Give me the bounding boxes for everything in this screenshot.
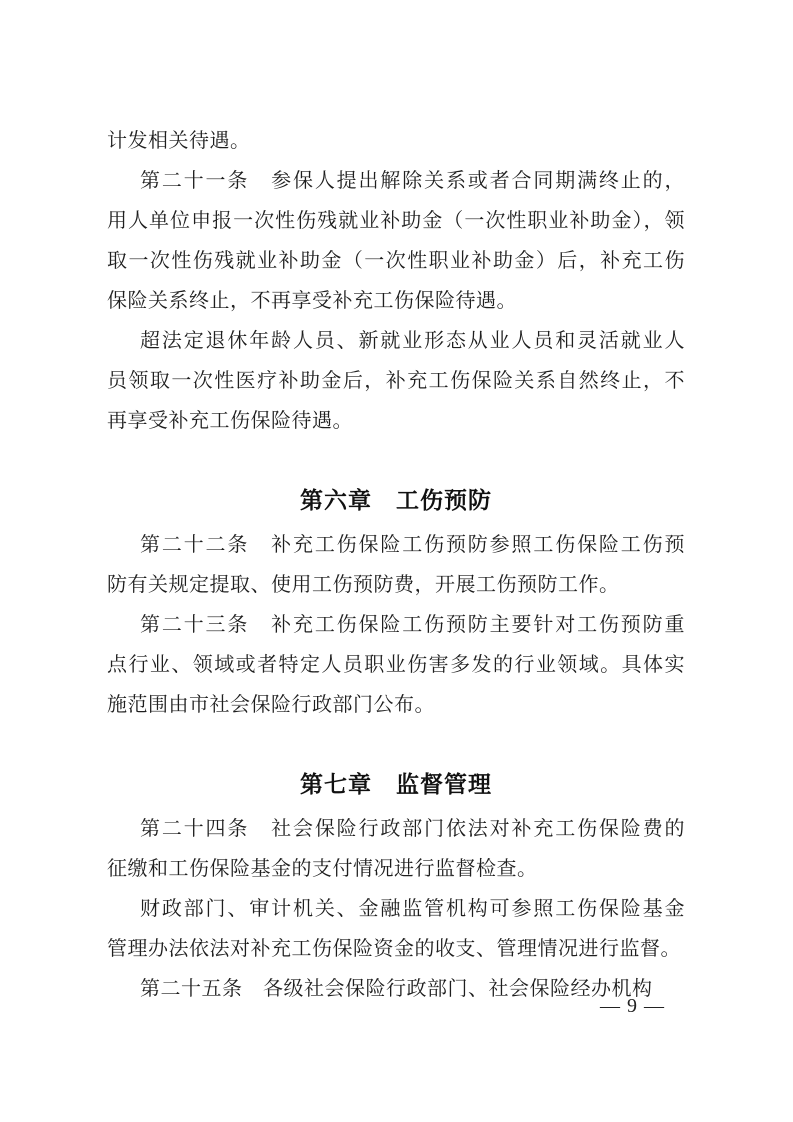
text-line: 员领取一次性医疗补助金后，补充工伤保险关系自然终止，不 [107,361,685,401]
paragraph: 财政部门、审计机关、金融监管机构可参照工伤保险基金管理办法依法对补充工伤保险资金… [107,889,685,969]
text-line: 防有关规定提取、使用工伤预防费，开展工伤预防工作。 [107,565,685,605]
text-line: 第二十四条 社会保险行政部门依法对补充工伤保险费的 [107,809,685,849]
document-flow: 计发相关待遇。第二十一条 参保人提出解除关系或者合同期满终止的，用人单位申报一次… [107,121,685,1009]
text-line: 超法定退休年龄人员、新就业形态从业人员和灵活就业人 [107,321,685,361]
text-line: 第二十三条 补充工伤保险工伤预防主要针对工伤预防重 [107,605,685,645]
text-line: 计发相关待遇。 [107,121,685,161]
paragraph: 第二十一条 参保人提出解除关系或者合同期满终止的，用人单位申报一次性伤残就业补助… [107,161,685,321]
text-line: 用人单位申报一次性伤残就业补助金（一次性职业补助金），领 [107,201,685,241]
paragraph: 第二十三条 补充工伤保险工伤预防主要针对工伤预防重点行业、领域或者特定人员职业伤… [107,605,685,725]
paragraph: 超法定退休年龄人员、新就业形态从业人员和灵活就业人员领取一次性医疗补助金后，补充… [107,321,685,441]
text-line: 第二十二条 补充工伤保险工伤预防参照工伤保险工伤预 [107,525,685,565]
paragraph: 第二十五条 各级社会保险行政部门、社会保险经办机构 [107,969,685,1009]
text-line: 第二十一条 参保人提出解除关系或者合同期满终止的， [107,161,685,201]
paragraph: 第二十二条 补充工伤保险工伤预防参照工伤保险工伤预防有关规定提取、使用工伤预防费… [107,525,685,605]
document-page: 计发相关待遇。第二十一条 参保人提出解除关系或者合同期满终止的，用人单位申报一次… [0,0,793,1122]
chapter-heading: 第六章 工伤预防 [107,480,685,520]
paragraph: 第二十四条 社会保险行政部门依法对补充工伤保险费的征缴和工伤保险基金的支付情况进… [107,809,685,889]
text-line: 财政部门、审计机关、金融监管机构可参照工伤保险基金 [107,889,685,929]
page-number: — 9 — [600,996,665,1016]
text-line: 点行业、领域或者特定人员职业伤害多发的行业领域。具体实 [107,645,685,685]
text-line: 第二十五条 各级社会保险行政部门、社会保险经办机构 [107,969,685,1009]
text-line: 征缴和工伤保险基金的支付情况进行监督检查。 [107,849,685,889]
text-line: 取一次性伤残就业补助金（一次性职业补助金）后，补充工伤 [107,241,685,281]
chapter-heading: 第七章 监督管理 [107,764,685,804]
text-line: 管理办法依法对补充工伤保险资金的收支、管理情况进行监督。 [107,929,685,969]
paragraph: 计发相关待遇。 [107,121,685,161]
text-line: 施范围由市社会保险行政部门公布。 [107,685,685,725]
text-line: 再享受补充工伤保险待遇。 [107,401,685,441]
text-line: 保险关系终止，不再享受补充工伤保险待遇。 [107,281,685,321]
